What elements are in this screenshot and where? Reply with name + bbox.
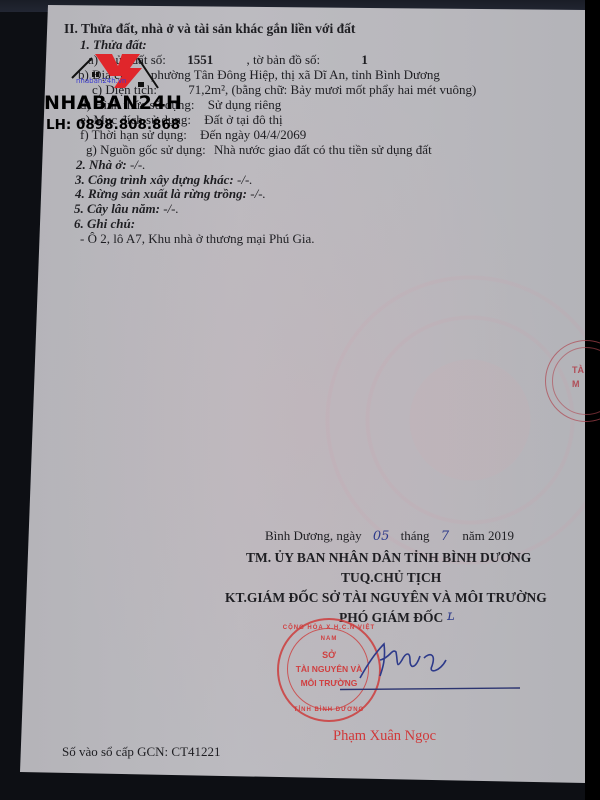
origin-label: g) Nguồn gốc sử dụng: — [86, 142, 206, 157]
house-row: 2. Nhà ở: -/-. — [76, 157, 145, 172]
initial-mark: ʟ — [447, 608, 455, 624]
perennial-row: 5. Cây lâu năm: -/-. — [74, 201, 179, 216]
signer-name: Phạm Xuân Ngọc — [333, 728, 436, 745]
usage-form-value: Sử dụng riêng — [208, 97, 282, 112]
map-number-value: 1 — [361, 52, 368, 67]
date-day: 05 — [373, 529, 390, 544]
authority-line-2: TUQ.CHỦ TỊCH — [341, 570, 441, 585]
other-construction-value: -/-. — [237, 172, 253, 187]
house-label: 2. Nhà ở: — [76, 157, 127, 172]
house-logo-icon — [70, 48, 160, 98]
perennial-value: -/-. — [163, 201, 179, 216]
watermark-brand: NHABAN24H — [44, 92, 182, 114]
house-value: -/-. — [130, 157, 146, 172]
section-title: II. Thửa đất, nhà ở và tài sản khác gắn … — [64, 21, 355, 36]
gcn-value: CT41221 — [171, 744, 220, 759]
signature-icon — [340, 630, 580, 700]
authority-line-1: TM. ỦY BAN NHÂN DÂN TỈNH BÌNH DƯƠNG — [246, 550, 531, 565]
side-stamp-line1: TÀ — [572, 363, 584, 377]
watermark-url: nhaban24h.vn — [76, 77, 126, 85]
forest-label: 4. Rừng sản xuất là rừng trồng: — [75, 186, 247, 201]
origin-value: Nhà nước giao đất có thu tiền sử dụng đấ… — [214, 142, 432, 157]
date-month-label: tháng — [401, 528, 430, 543]
gcn-row: Số vào sổ cấp GCN: CT41221 — [62, 744, 221, 760]
gcn-label: Số vào sổ cấp GCN: — [62, 744, 168, 759]
notes-heading: 6. Ghi chú: — [74, 216, 135, 231]
date-place: Bình Dương, ngày — [265, 528, 362, 543]
map-number-label: , tờ bản đồ số: — [246, 52, 320, 67]
usage-purpose-value: Đất ở tại đô thị — [204, 112, 282, 127]
seal-bottom-text: TỈNH BÌNH DƯƠNG — [279, 705, 379, 716]
land-number-value: 1551 — [187, 52, 213, 67]
side-stamp-line2: M — [572, 377, 584, 391]
date-year: năm 2019 — [462, 528, 514, 543]
watermark-phone: LH: 0898.808.868 — [46, 117, 180, 133]
authority-line-3: KT.GIÁM ĐỐC SỞ TÀI NGUYÊN VÀ MÔI TRƯỜNG — [225, 590, 547, 605]
other-construction-row: 3. Công trình xây dựng khác: -/-. — [75, 172, 253, 187]
perennial-label: 5. Cây lâu năm: — [74, 201, 160, 216]
origin-row: g) Nguồn gốc sử dụng: Nhà nước giao đất … — [86, 142, 432, 157]
usage-term-value: Đến ngày 04/4/2069 — [200, 127, 306, 142]
area-value: 71,2m², (bằng chữ: Bảy mươi mốt phẩy hai… — [188, 82, 476, 97]
forest-row: 4. Rừng sản xuất là rừng trồng: -/-. — [75, 186, 266, 201]
other-construction-label: 3. Công trình xây dựng khác: — [75, 172, 234, 187]
date-month: 7 — [441, 529, 449, 544]
notes-line: - Ô 2, lô A7, Khu nhà ở thương mại Phú G… — [80, 231, 315, 246]
forest-value: -/-. — [250, 186, 266, 201]
address-value: phường Tân Đông Hiệp, thị xã Dĩ An, tỉnh… — [151, 67, 440, 82]
date-line: Bình Dương, ngày 05 tháng 7 năm 2019 — [265, 528, 514, 544]
